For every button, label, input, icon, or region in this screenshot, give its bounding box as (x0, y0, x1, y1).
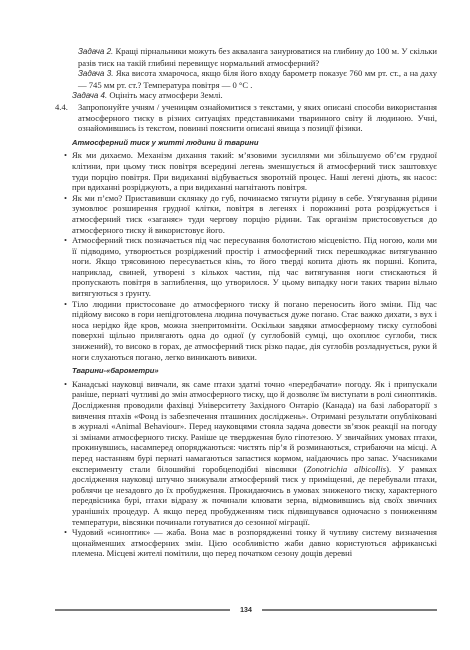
bullet-list-human-animal: • Як ми дихаємо. Механізм дихання такий:… (52, 150, 437, 362)
task-2: Задача 2. Кращі пірнальники можуть без а… (78, 46, 437, 68)
task-3-text: Яка висота хмарочоса, якщо біля його вхо… (78, 68, 437, 90)
bullet-icon: • (64, 235, 67, 246)
bullet-list-animal-barometers: • Канадські науковці вивчали, як саме пт… (52, 379, 437, 559)
page-content: Задача 2. Кращі пірнальники можуть без а… (52, 46, 437, 559)
item-number: 4.4. (52, 102, 78, 134)
list-item: • Атмосферний тиск позначається під час … (52, 235, 437, 299)
list-item-text: Тіло людини пристосоване до атмосферного… (72, 299, 437, 362)
task-2-label: Задача 2. (78, 47, 113, 56)
task-2-text: Кращі пірнальники можуть без акваланга з… (78, 46, 437, 68)
list-item-text: Як ми п’ємо? Приставивши склянку до губ,… (72, 193, 437, 235)
footer-rule-left (55, 609, 230, 610)
item-text: Запропонуйте учням / ученицям ознайомити… (78, 102, 437, 134)
bullet-icon: • (64, 527, 67, 538)
list-item: • Тіло людини пристосоване до атмосферно… (52, 299, 437, 363)
section-title-animal-barometers: Тварини-«барометри» (72, 366, 437, 377)
list-item: • Як ми п’ємо? Приставивши склянку до гу… (52, 193, 437, 235)
list-item: • Як ми дихаємо. Механізм дихання такий:… (52, 150, 437, 192)
list-item-text: Як ми дихаємо. Механізм дихання такий: м… (72, 150, 437, 192)
species-name: Zonotrichia albicollis (307, 464, 387, 474)
task-4-label: Задача 4. (72, 91, 107, 100)
bullet-icon: • (64, 193, 67, 204)
task-3-label: Задача 3. (78, 69, 113, 78)
task-3: Задача 3. Яка висота хмарочоса, якщо біл… (78, 68, 437, 90)
list-item-text: Чудовий «синоптик» — жаба. Вона має в ро… (72, 527, 437, 558)
page-number: 134 (230, 607, 262, 614)
bullet-icon: • (64, 299, 67, 310)
bullet-icon: • (64, 379, 67, 390)
section-title-atmospheric-pressure: Атмосферний тиск у житті людини й тварин… (72, 138, 437, 149)
list-item: • Канадські науковці вивчали, як саме пт… (52, 379, 437, 527)
bullet-icon: • (64, 150, 67, 161)
item-4-4: 4.4. Запропонуйте учням / ученицям ознай… (52, 102, 437, 134)
page-footer: 134 (55, 604, 437, 616)
list-item-text: Атмосферний тиск позначається під час пе… (72, 235, 437, 298)
task-4: Задача 4. Оцініть масу атмосфери Землі. (72, 90, 437, 102)
task-4-text: Оцініть масу атмосфери Землі. (107, 90, 223, 100)
list-item-text-part1: Канадські науковці вивчали, як саме птах… (72, 379, 437, 474)
footer-rule-right (262, 609, 437, 610)
textbook-page: Задача 2. Кращі пірнальники можуть без а… (0, 0, 470, 650)
list-item: • Чудовий «синоптик» — жаба. Вона має в … (52, 527, 437, 559)
